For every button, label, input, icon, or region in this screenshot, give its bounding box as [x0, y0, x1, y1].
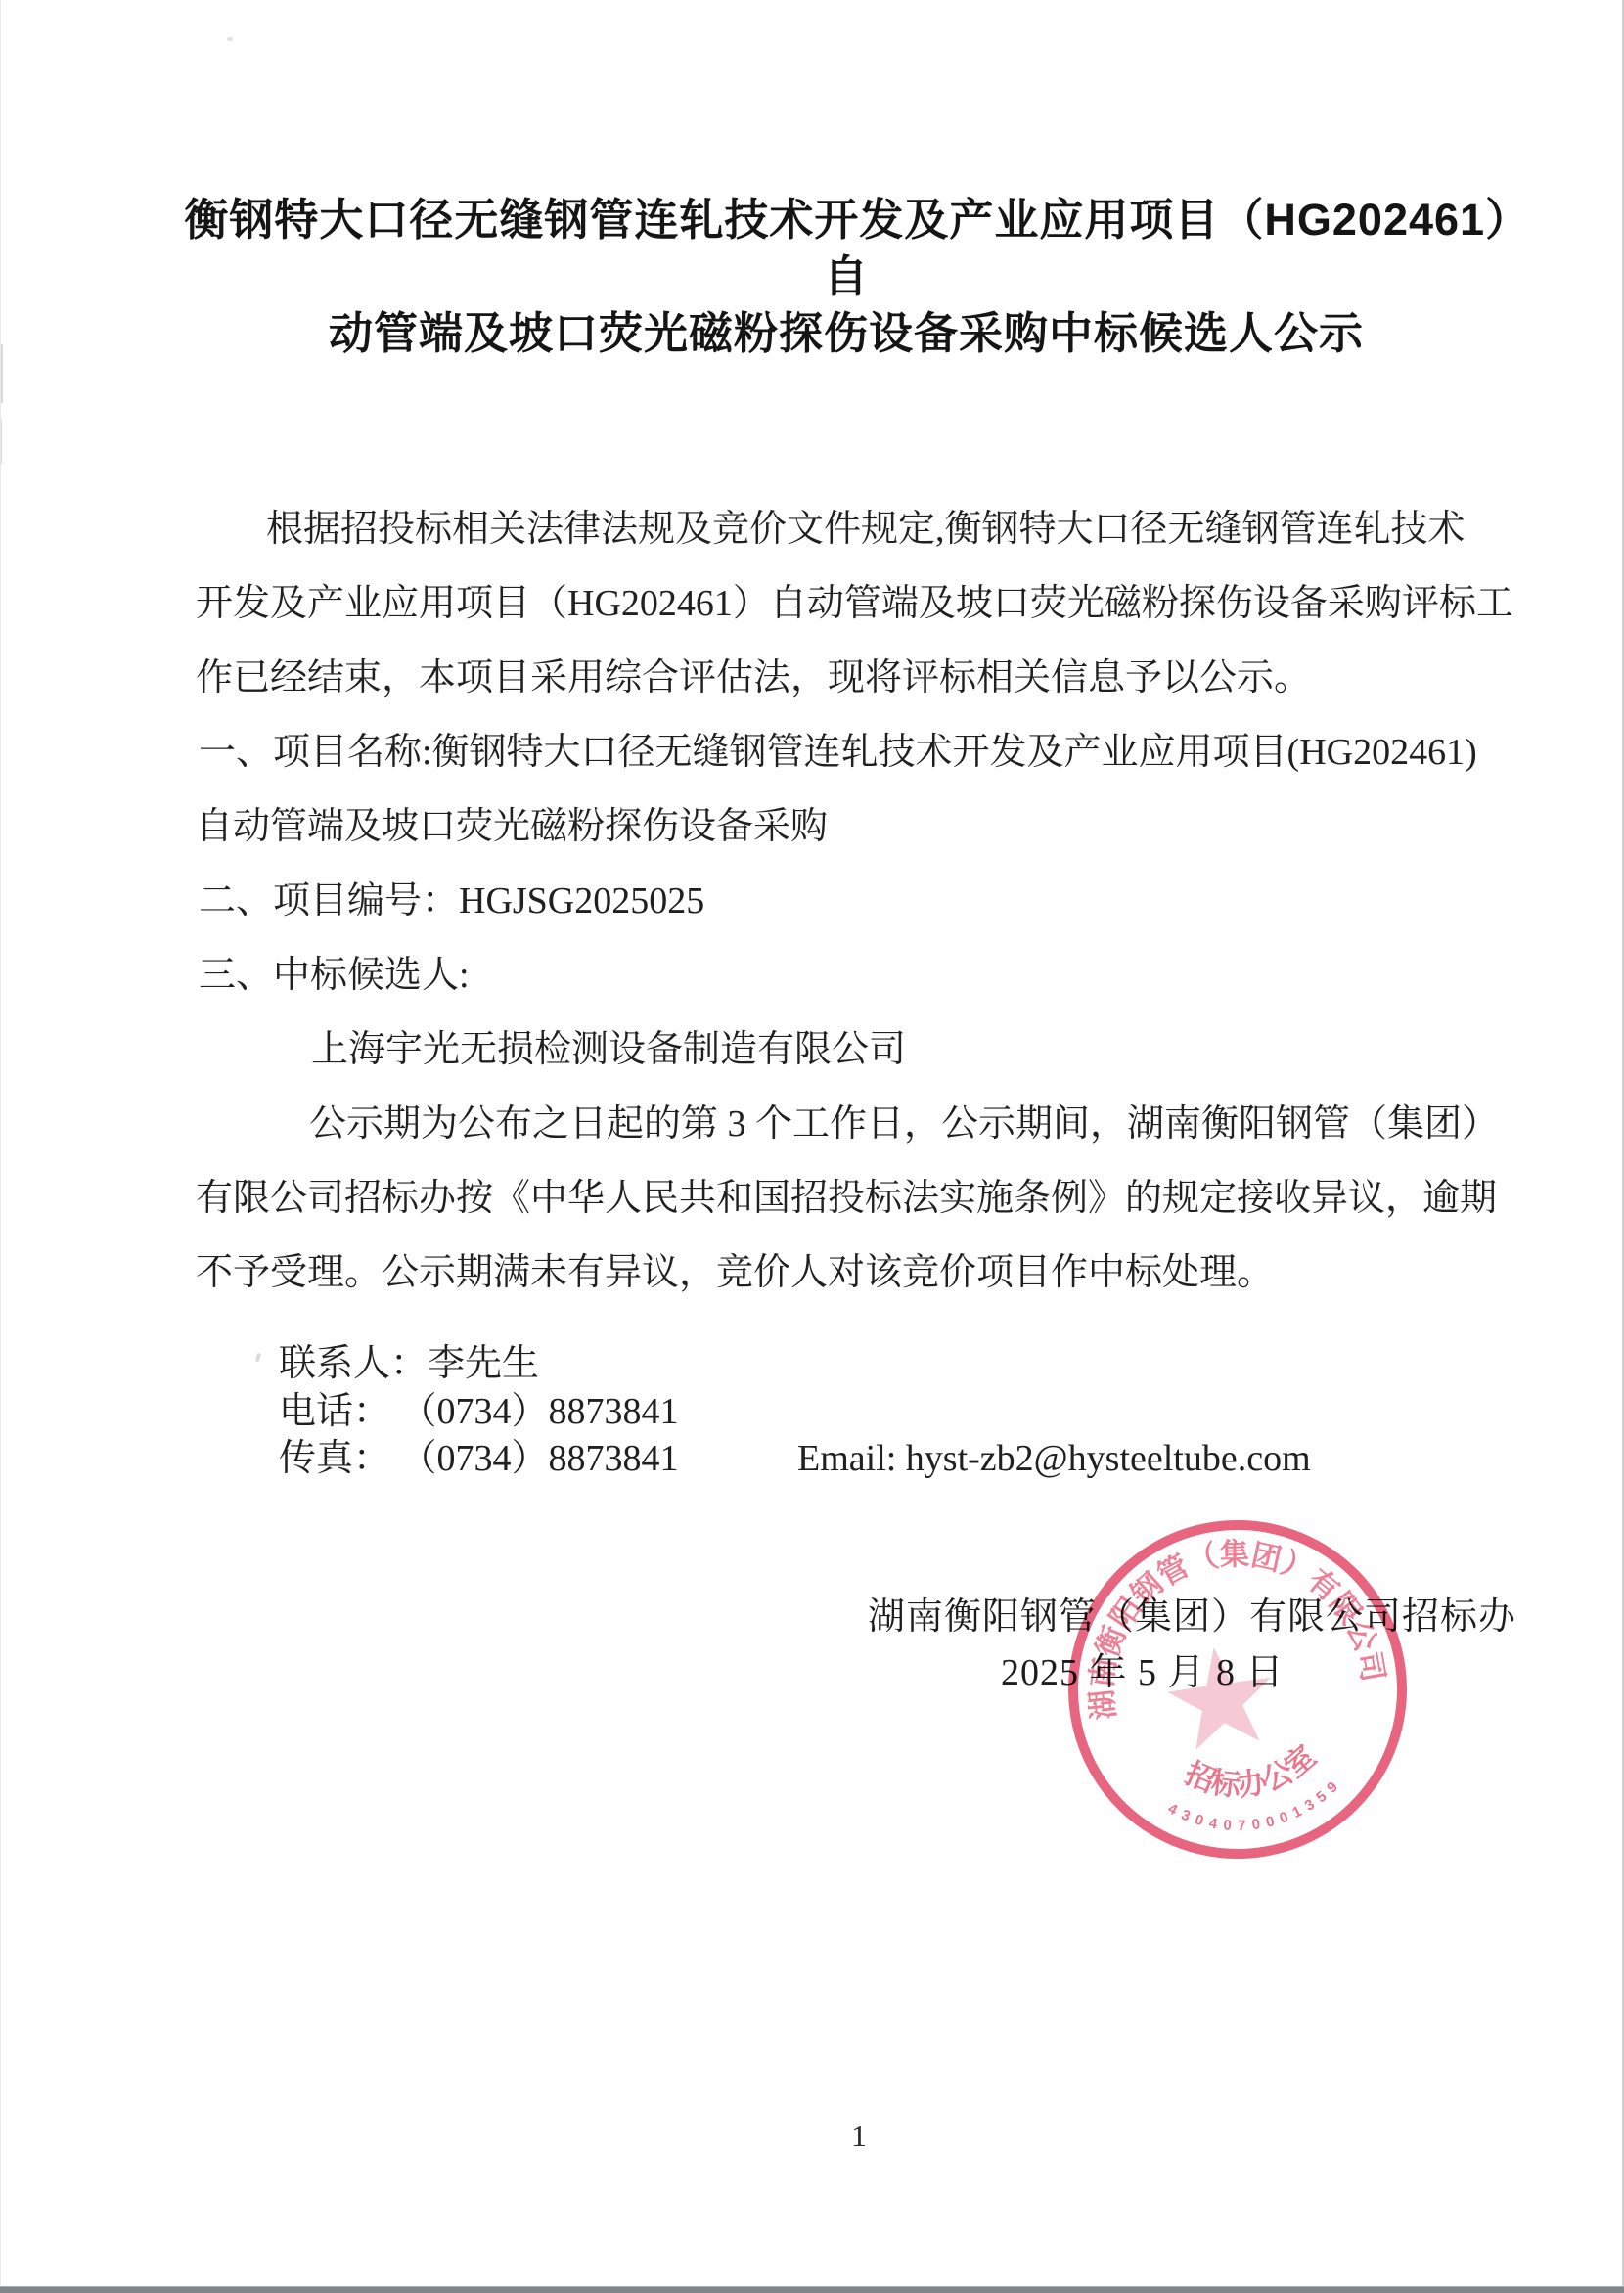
body-line: 开发及产业应用项目（HG202461）自动管端及坡口荧光磁粉探伤设备采购评标工: [196, 584, 1513, 625]
body-line-candidate-heading: 三、中标候选人:: [199, 956, 470, 997]
body-line: 有限公司招标办按《中华人民共和国招投标法实施条例》的规定接收异议，逾期: [196, 1179, 1497, 1220]
document-title-line1: 衡钢特大口径无缝钢管连轧技术开发及产业应用项目（HG202461）自: [176, 192, 1516, 305]
contact-phone: 电话： （0734）8873841: [279, 1392, 679, 1433]
scan-edge-left: [0, 0, 1, 2293]
body-line: 根据招投标相关法律法规及竞价文件规定,衡钢特大口径无缝钢管连轧技术: [266, 510, 1466, 551]
document-title-line2: 动管端及坡口荧光磁粉探伤设备采购中标候选人公示: [176, 305, 1516, 362]
scan-speck: [227, 37, 233, 41]
official-stamp: 湖南衡阳钢管（集团）有限公司 招标办公室 4304070001359: [1016, 1468, 1459, 1911]
page-number: 1: [851, 2119, 867, 2153]
contact-person: 联系人：李先生: [279, 1344, 539, 1385]
contact-email: Email: hyst-zb2@hysteeltube.com: [797, 1439, 1311, 1480]
body-line: 公示期为公布之日起的第 3 个工作日，公示期间，湖南衡阳钢管（集团）: [309, 1104, 1499, 1146]
body-line-project-name: 一、项目名称:衡钢特大口径无缝钢管连轧技术开发及产业应用项目(HG202461): [199, 733, 1477, 774]
body-line: 不予受理。公示期满未有异议，竞价人对该竞价项目作中标处理。: [196, 1253, 1274, 1294]
scan-edge-bottom: [0, 2286, 1624, 2293]
scan-speck: [255, 1353, 262, 1363]
scanned-document-page: { "document": { "title_line1": "衡钢特大口径无缝…: [0, 0, 1624, 2293]
stamp-star-icon: [1162, 1641, 1280, 1753]
document-title: 衡钢特大口径无缝钢管连轧技术开发及产业应用项目（HG202461）自 动管端及坡…: [176, 192, 1516, 362]
body-line-project-number: 二、项目编号：HGJSG2025025: [199, 881, 704, 922]
body-line-project-name2: 自动管端及坡口荧光磁粉探伤设备采购: [196, 807, 828, 848]
body-line: 作已经结束，本项目采用综合评估法，现将评标相关信息予以公示。: [196, 658, 1311, 699]
body-line-candidate-company: 上海宇光无损检测设备制造有限公司: [311, 1030, 906, 1071]
contact-fax: 传真： （0734）8873841: [279, 1439, 679, 1480]
